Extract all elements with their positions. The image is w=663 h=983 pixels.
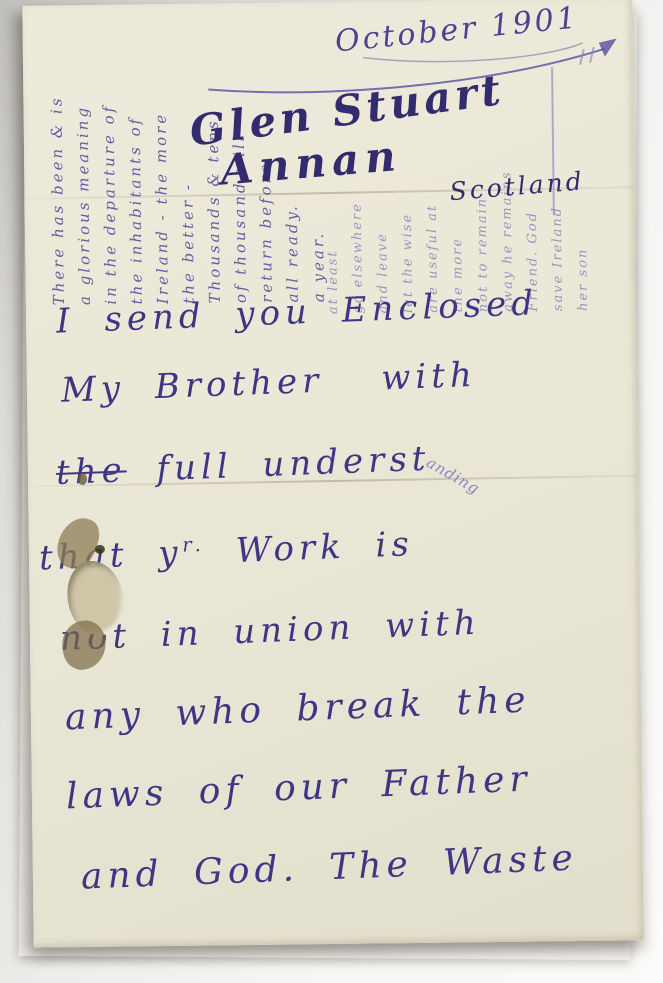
inserted-word-ending: anding xyxy=(423,453,483,498)
date-line: October 1901 xyxy=(333,0,580,59)
body-line-4-start: that y xyxy=(38,533,183,578)
pen-gap xyxy=(324,389,382,391)
body-line-8: and God. The Waste xyxy=(80,838,578,898)
body-line-2-end: with xyxy=(381,355,478,399)
body-line-2: My Brotherwith xyxy=(60,355,477,411)
superscript-abbreviation: r. xyxy=(182,533,206,557)
margin-note-line: the inhabitants of xyxy=(120,9,150,304)
body-line-3-main: full underst xyxy=(126,439,431,491)
letter-photograph: There has been & is a glorious meaning i… xyxy=(0,0,663,983)
body-line-2-start: My Brother xyxy=(60,361,324,411)
letter-paper: There has been & is a glorious meaning i… xyxy=(22,0,643,948)
margin-note-line: the better - xyxy=(172,9,202,304)
body-line-4-end: Work is xyxy=(205,524,414,572)
margin-note-line: in the departure of xyxy=(94,10,124,305)
body-line-4: that yr. Work is xyxy=(38,524,414,578)
body-line-3: the full understanding xyxy=(55,436,489,493)
margin-note-line: Ireland - the more xyxy=(146,9,176,304)
margin-note-line: There has been & is xyxy=(42,10,72,305)
margin-note-line: a glorious meaning xyxy=(68,10,98,305)
struck-word: the xyxy=(55,450,127,493)
body-line-5: not in union with xyxy=(59,603,481,659)
body-line-7: laws of our Father xyxy=(65,759,532,818)
body-line-6: any who break the xyxy=(64,680,531,739)
